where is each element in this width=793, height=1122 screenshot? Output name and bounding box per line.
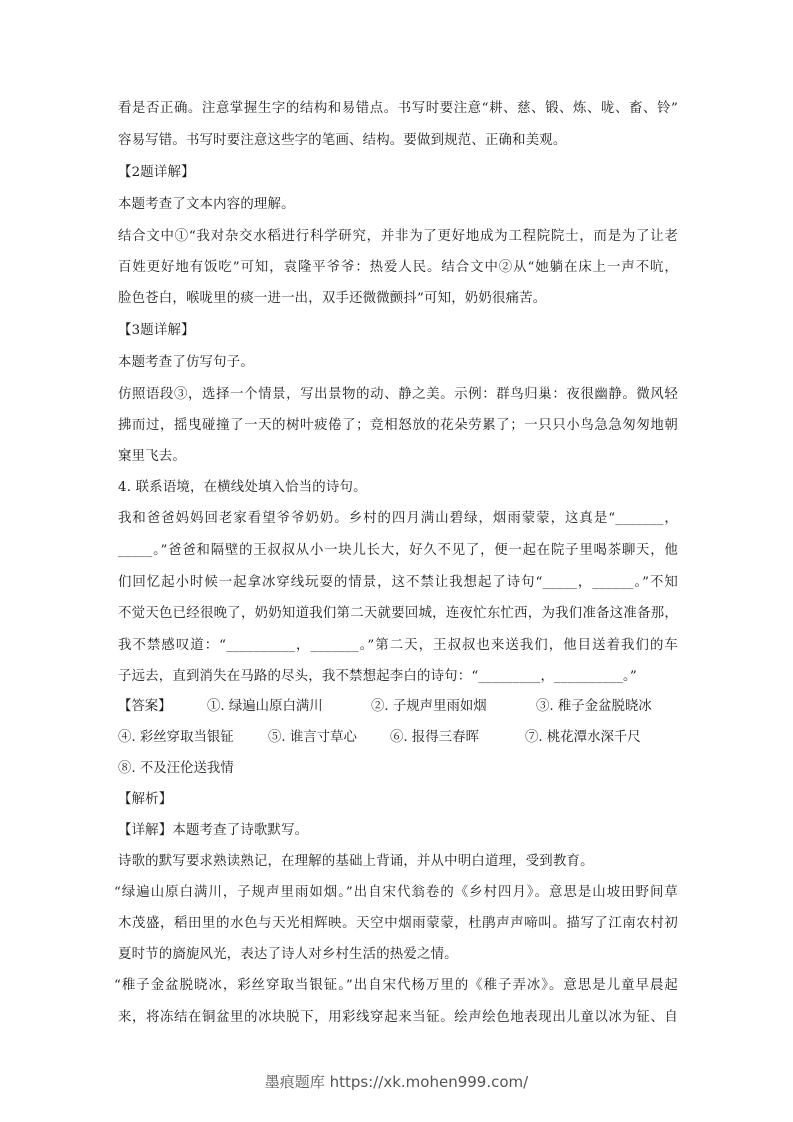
paragraph-line: 百姓更好地有饭吃”可知，袁隆平爷爷：热爱人民。结合文中②从“她躺在床上一声不吭， (118, 259, 678, 277)
question-title: 4. 联系语境，在横线处填入恰当的诗句。 (118, 479, 678, 497)
section-heading: 【3题详解】 (118, 322, 678, 340)
paragraph-line: 结合文中①“我对杂交水稻进行科学研究，并非为了更好地成为工程院院士，而是为了让老 (118, 228, 678, 246)
paragraph-line: 窠里飞去。 (118, 448, 678, 466)
document-page: 看是否正确。注意掌握生字的结构和易错点。书写时要注意“耕、慈、锻、炼、咙、畜、铃… (0, 0, 793, 1122)
answer-item: ①. 绿遍山原白满川 (207, 698, 323, 716)
paragraph-line: “稚子金盆脱晓冰，彩丝穿取当银钲。”出自宋代杨万里的《稚子弄冰》。意思是儿童早晨… (114, 977, 678, 995)
paragraph-line: 容易写错。书写时要注意这些字的笔画、结构。要做到规范、正确和美观。 (118, 132, 678, 150)
paragraph-line: _____。”爸爸和隔壁的王叔叔从小一块儿长大，好久不见了，便一起在院子里喝茶聊… (118, 542, 678, 560)
footer-watermark: 墨痕题库 https://xk.mohen999.com/ (0, 1071, 793, 1092)
paragraph-line: “绿遍山原白满川，子规声里雨如烟。”出自宋代翁卷的《乡村四月》。意思是山坡田野间… (114, 884, 678, 902)
paragraph-line: 看是否正确。注意掌握生字的结构和易错点。书写时要注意“耕、慈、锻、炼、咙、畜、铃… (118, 100, 678, 118)
answer-item: ②. 子规声里雨如烟 (371, 698, 487, 716)
paragraph-line: 我和爸爸妈妈回老家看望爷爷奶奶。乡村的四月满山碧绿，烟雨蒙蒙，这真是“_____… (118, 510, 678, 528)
paragraph-line: 仿照语段③，选择一个情景，写出景物的动、静之美。示例：群鸟归巢：夜很幽静。微风轻 (118, 386, 678, 404)
section-heading: 【解析】 (118, 791, 678, 809)
paragraph-line: 来，将冻结在铜盆里的冰块脱下，用彩线穿起来当钲。绘声绘色地表现出儿童以冰为钲、自 (118, 1009, 678, 1027)
paragraph-line: 夏时节的旖旎风光，表达了诗人对乡村生活的热爱之情。 (118, 946, 678, 964)
paragraph-line: 木茂盛，稻田里的水色与天光相辉映。天空中烟雨蒙蒙，杜鹃声声啼叫。描写了江南农村初 (118, 915, 678, 933)
paragraph-line: 拂而过，摇曳碰撞了一天的树叶疲倦了；竞相怒放的花朵劳累了；一只只小鸟急急匆匆地朝 (118, 417, 678, 435)
paragraph-line: 脸色苍白，喉咙里的痰一进一出，双手还微微颤抖”可知，奶奶很痛苦。 (118, 290, 678, 308)
answer-item: ④. 彩丝穿取当银钲 (118, 729, 234, 747)
answer-item: ⑧. 不及汪伦送我情 (118, 760, 234, 778)
paragraph-line: 【详解】本题考查了诗歌默写。 (118, 822, 678, 840)
answer-item: ⑥. 报得三春晖 (390, 729, 479, 747)
answer-item: ⑤. 谁言寸草心 (268, 729, 357, 747)
paragraph-line: 们回忆起小时候一起拿冰穿线玩耍的情景，这不禁让我想起了诗句“_____，____… (118, 574, 678, 592)
paragraph-line: 本题考查了文本内容的理解。 (118, 196, 678, 214)
paragraph-line: 诗歌的默写要求熟读熟记，在理解的基础上背诵，并从中明白道理，受到教育。 (118, 853, 678, 871)
paragraph-line: 我不禁感叹道：“__________，_______。”第二天，王叔叔也来送我们… (118, 637, 678, 655)
paragraph-line: 不觉天色已经很晚了，奶奶知道我们第二天就要回城，连夜忙东忙西，为我们准备这准备那… (118, 605, 678, 623)
paragraph-line: 子远去，直到消失在马路的尽头，我不禁想起李白的诗句：“_________，___… (118, 668, 678, 686)
section-heading: 【2题详解】 (118, 164, 678, 182)
paragraph-line: 本题考查了仿写句子。 (118, 354, 678, 372)
answer-label: 【答案】 (118, 698, 172, 716)
answer-item: ⑦. 桃花潭水深千尺 (525, 729, 641, 747)
answer-item: ③. 稚子金盆脱晓冰 (536, 698, 652, 716)
